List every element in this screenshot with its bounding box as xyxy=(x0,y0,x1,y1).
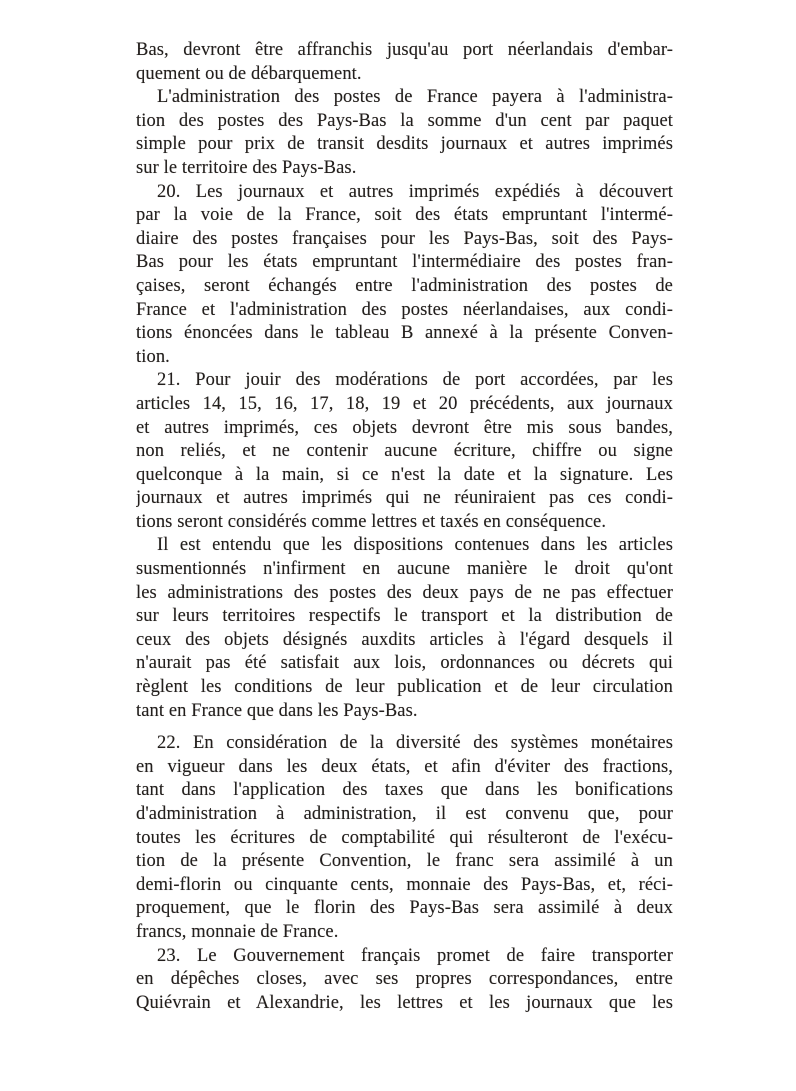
text-line: tion. xyxy=(136,346,673,370)
text-line: sur le territoire des Pays-Bas. xyxy=(136,157,673,181)
text-line: çaises, seront échangés entre l'administ… xyxy=(136,275,673,299)
text-line: d'administration à administration, il es… xyxy=(136,803,673,827)
text-line: sur leurs territoires respectifs le tran… xyxy=(136,605,673,629)
paragraph-article-20: 20. Les journaux et autres imprimés expé… xyxy=(136,181,673,370)
text-line: ceux des objets désignés auxdits article… xyxy=(136,629,673,653)
text-line: non reliés, et ne contenir aucune écritu… xyxy=(136,440,673,464)
text-line: règlent les conditions de leur publicati… xyxy=(136,676,673,700)
text-line: quement ou de débarquement. xyxy=(136,63,673,87)
text-line: articles 14, 15, 16, 17, 18, 19 et 20 pr… xyxy=(136,393,673,417)
text-line: tion de la présente Convention, le franc… xyxy=(136,850,673,874)
text-line: 23. Le Gouvernement français promet de f… xyxy=(136,945,673,969)
text-line: tant dans l'application des taxes que da… xyxy=(136,779,673,803)
paragraph-article-22: 22. En considération de la diversité des… xyxy=(136,732,673,944)
text-line: tion des postes des Pays-Bas la somme d'… xyxy=(136,110,673,134)
text-line: tions seront considérés comme lettres et… xyxy=(136,511,673,535)
text-line: toutes les écritures de comptabilité qui… xyxy=(136,827,673,851)
text-line: les administrations des postes des deux … xyxy=(136,582,673,606)
text-line: par la voie de la France, soit des états… xyxy=(136,204,673,228)
text-line: susmentionnés n'infirment en aucune mani… xyxy=(136,558,673,582)
text-line: quelconque à la main, si ce n'est la dat… xyxy=(136,464,673,488)
text-line: diaire des postes françaises pour les Pa… xyxy=(136,228,673,252)
text-line: journaux et autres imprimés qui ne réuni… xyxy=(136,487,673,511)
paragraph-article-21: 21. Pour jouir des modérations de port a… xyxy=(136,369,673,534)
paragraph-administration-payment: L'administration des postes de France pa… xyxy=(136,86,673,180)
text-line: Quiévrain et Alexandrie, les lettres et … xyxy=(136,992,673,1016)
text-line: France et l'administration des postes né… xyxy=(136,299,673,323)
text-line: en dépêches closes, avec ses propres cor… xyxy=(136,968,673,992)
paragraph-continuation: Bas, devront être affranchis jusqu'au po… xyxy=(136,39,673,86)
text-line: demi-florin ou cinquante cents, monnaie … xyxy=(136,874,673,898)
text-line: 20. Les journaux et autres imprimés expé… xyxy=(136,181,673,205)
text-line: tant en France que dans les Pays-Bas. xyxy=(136,700,673,724)
text-line: 21. Pour jouir des modérations de port a… xyxy=(136,369,673,393)
text-line: L'administration des postes de France pa… xyxy=(136,86,673,110)
text-line: en vigueur dans les deux états, et afin … xyxy=(136,756,673,780)
text-line: tions énoncées dans le tableau B annexé … xyxy=(136,322,673,346)
paragraph-article-23: 23. Le Gouvernement français promet de f… xyxy=(136,945,673,1016)
text-line: 22. En considération de la diversité des… xyxy=(136,732,673,756)
text-line: simple pour prix de transit desdits jour… xyxy=(136,133,673,157)
text-line: Il est entendu que les dispositions cont… xyxy=(136,534,673,558)
text-line: francs, monnaie de France. xyxy=(136,921,673,945)
book-page: Bas, devront être affranchis jusqu'au po… xyxy=(0,0,796,1091)
text-line: Bas, devront être affranchis jusqu'au po… xyxy=(136,39,673,63)
paragraph-entendu: Il est entendu que les dispositions cont… xyxy=(136,534,673,723)
text-line: n'aurait pas été satisfait aux lois, ord… xyxy=(136,652,673,676)
text-line: proquement, que le florin des Pays-Bas s… xyxy=(136,897,673,921)
text-line: et autres imprimés, ces objets devront ê… xyxy=(136,417,673,441)
page-text: Bas, devront être affranchis jusqu'au po… xyxy=(136,39,673,1015)
text-line: Bas pour les états empruntant l'interméd… xyxy=(136,251,673,275)
